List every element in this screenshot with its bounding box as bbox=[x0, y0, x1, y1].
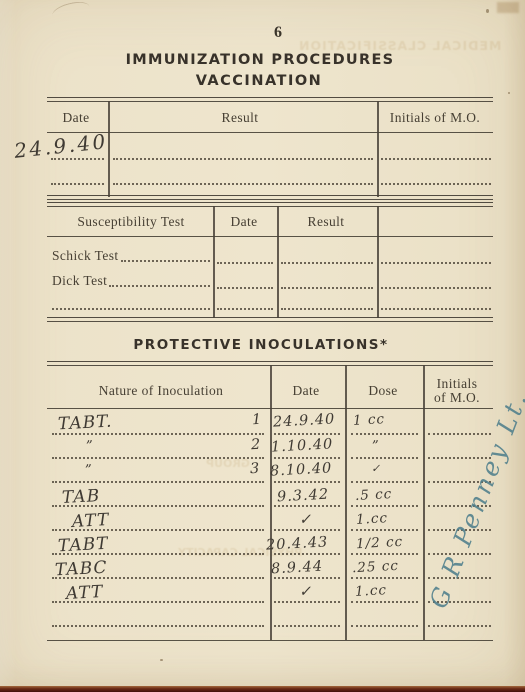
dotted-line bbox=[274, 457, 340, 459]
dotted-line bbox=[381, 262, 491, 264]
dotted-line bbox=[428, 433, 491, 435]
dotted-line bbox=[351, 505, 418, 507]
table2-header-test: Susceptibility Test bbox=[77, 214, 184, 230]
dotted-line bbox=[217, 287, 273, 289]
table3-header-nature: Nature of Inoculation bbox=[99, 383, 224, 399]
entry-dose: 1 cc bbox=[353, 411, 386, 429]
entry-dose: ” bbox=[372, 438, 381, 454]
dotted-line bbox=[351, 601, 418, 603]
dotted-line bbox=[113, 183, 373, 185]
dotted-leader bbox=[109, 285, 210, 287]
paper-speck bbox=[486, 9, 489, 13]
entry-seq: 3 bbox=[250, 461, 261, 478]
entry-seq: 1 bbox=[252, 412, 263, 429]
dotted-line bbox=[351, 529, 418, 531]
entry-dose: 1.cc bbox=[356, 510, 389, 528]
table3-divider bbox=[345, 365, 347, 640]
table2-header-date: Date bbox=[230, 214, 257, 230]
table3-header-rule bbox=[47, 408, 493, 409]
schick-test-row-label: Schick Test bbox=[52, 248, 210, 264]
dotted-line bbox=[274, 553, 340, 555]
dick-test-label: Dick Test bbox=[52, 273, 107, 289]
entry-dose: ✓ bbox=[371, 462, 382, 476]
entry-nature: TABC bbox=[55, 558, 108, 581]
dotted-line bbox=[52, 308, 210, 310]
bleedthrough-corner-block bbox=[497, 2, 519, 13]
entry-date: 1.10.40 bbox=[271, 436, 334, 455]
entry-seq: 2 bbox=[251, 437, 262, 454]
dotted-line bbox=[381, 287, 491, 289]
dotted-line bbox=[274, 577, 340, 579]
dotted-line bbox=[351, 577, 418, 579]
entry-date: ✓ bbox=[299, 512, 313, 529]
dotted-line bbox=[52, 433, 264, 435]
entry-date: 8.10.40 bbox=[270, 460, 333, 479]
dotted-line bbox=[281, 262, 373, 264]
entry-dose: .25 cc bbox=[352, 558, 400, 576]
table2-top-rule bbox=[47, 202, 493, 207]
dotted-line bbox=[351, 553, 418, 555]
table3-header-date: Date bbox=[292, 383, 319, 399]
dotted-line bbox=[274, 601, 340, 603]
dotted-line bbox=[274, 481, 340, 483]
entry-dose: 1.cc bbox=[355, 582, 388, 600]
scan-bottom-edge bbox=[0, 686, 525, 692]
document-page: MEDICAL CLASSIFICATION GROUP PHYSICAL CA… bbox=[0, 0, 525, 692]
table1-header-rule bbox=[47, 132, 493, 133]
dotted-line bbox=[351, 433, 418, 435]
entry-date: 9.3.42 bbox=[277, 487, 330, 506]
dotted-line bbox=[52, 481, 264, 483]
schick-test-label: Schick Test bbox=[52, 248, 119, 264]
entry-nature: TAB bbox=[62, 486, 101, 508]
dotted-line bbox=[428, 625, 491, 627]
dotted-line bbox=[217, 308, 273, 310]
dotted-line bbox=[351, 625, 418, 627]
paper-speck bbox=[160, 659, 163, 661]
bleedthrough-medical-classification: MEDICAL CLASSIFICATION bbox=[298, 38, 501, 53]
table3-header-initials-line2: of M.O. bbox=[434, 390, 480, 406]
entry-nature: ATT bbox=[72, 510, 110, 532]
entry-date: 20.4.43 bbox=[266, 534, 329, 553]
dotted-line bbox=[381, 308, 491, 310]
entry-date: ✓ bbox=[299, 584, 313, 601]
inoculations-heading: PROTECTIVE INOCULATIONS* bbox=[133, 337, 388, 353]
entry-nature: TABT. bbox=[58, 412, 113, 435]
dotted-line bbox=[281, 308, 373, 310]
table2-header-rule bbox=[47, 236, 493, 237]
table1-divider bbox=[377, 101, 379, 197]
entry-dose: 1/2 cc bbox=[356, 534, 404, 552]
table1-header-date: Date bbox=[62, 110, 89, 126]
entry-nature: ” bbox=[85, 462, 94, 478]
entry-nature: TABT bbox=[58, 534, 110, 557]
dotted-line bbox=[274, 505, 340, 507]
dotted-line bbox=[51, 183, 104, 185]
entry-date: 24.9.40 bbox=[273, 411, 336, 430]
table2-divider bbox=[377, 206, 379, 318]
entry-nature: ATT bbox=[66, 582, 104, 604]
dotted-line bbox=[217, 262, 273, 264]
dotted-line bbox=[281, 287, 373, 289]
entry-date: 8.9.44 bbox=[271, 559, 324, 578]
dotted-line bbox=[351, 457, 418, 459]
page-number: 6 bbox=[274, 24, 282, 42]
page-title: IMMUNIZATION PROCEDURES bbox=[126, 52, 395, 68]
entry-dose: .5 cc bbox=[355, 486, 393, 504]
table3-divider bbox=[270, 365, 272, 640]
entry-nature: ” bbox=[86, 438, 95, 454]
table1-bottom-rule bbox=[47, 195, 493, 200]
table2-divider bbox=[213, 206, 215, 318]
paper-speck bbox=[508, 92, 510, 94]
dotted-line bbox=[52, 625, 264, 627]
dotted-line bbox=[52, 457, 264, 459]
table3-header-dose: Dose bbox=[368, 383, 397, 399]
dotted-leader bbox=[121, 260, 210, 262]
table1-header-result: Result bbox=[222, 110, 259, 126]
dick-test-row-label: Dick Test bbox=[52, 273, 210, 289]
dotted-line bbox=[351, 481, 418, 483]
table2-bottom-rule bbox=[47, 317, 493, 322]
table1-header-initials: Initials of M.O. bbox=[390, 110, 480, 126]
dotted-line bbox=[274, 433, 340, 435]
dotted-line bbox=[113, 158, 373, 160]
pencil-smudge bbox=[51, 0, 92, 23]
table1-top-rule bbox=[47, 97, 493, 102]
dotted-line bbox=[274, 529, 340, 531]
mo-signature: G R Penney Lt. bbox=[424, 395, 525, 613]
table2-header-result: Result bbox=[308, 214, 345, 230]
dotted-line bbox=[274, 625, 340, 627]
dotted-line bbox=[381, 158, 491, 160]
dotted-line bbox=[381, 183, 491, 185]
page-subtitle: VACCINATION bbox=[196, 73, 323, 89]
table2-divider bbox=[277, 206, 279, 318]
dotted-line bbox=[51, 158, 104, 160]
table3-bottom-rule bbox=[47, 640, 493, 641]
